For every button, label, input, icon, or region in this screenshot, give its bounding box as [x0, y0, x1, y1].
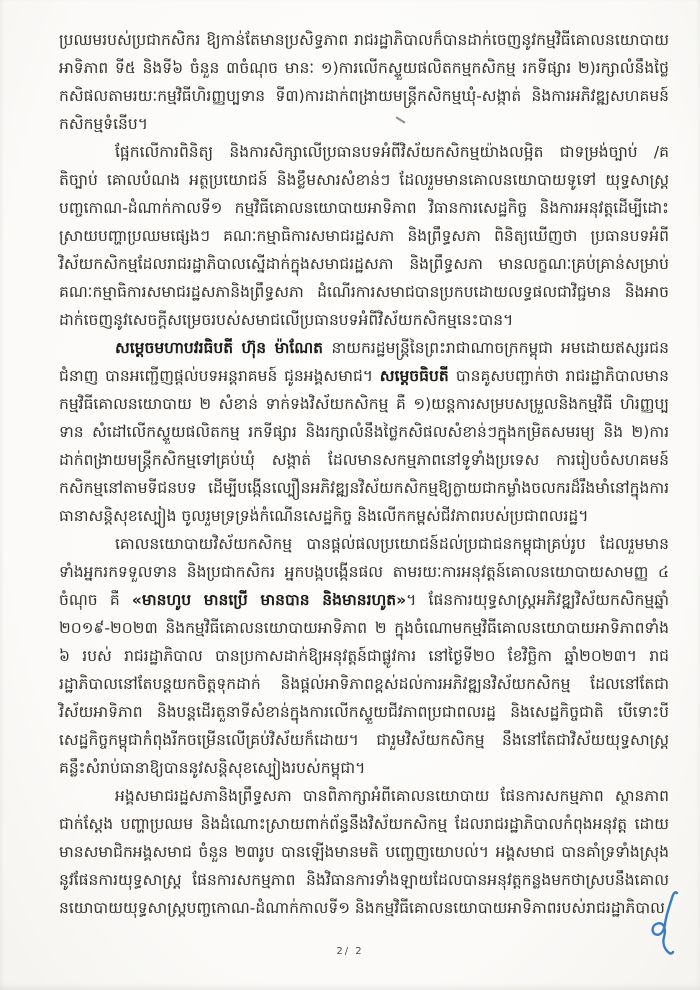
paragraph-3-text-b: បានគូសបញ្ជាក់ថា រាជរដ្ឋាភិបាលមានកម្មវិធី…: [59, 367, 669, 525]
paragraph-5: អង្គសមាជរដ្ឋសភានិងព្រឹទ្ធសភា បានពិភាក្សា…: [59, 782, 669, 922]
page-number: 2/ 2: [0, 946, 700, 957]
paragraph-1-text: ប្រឈមរបស់ប្រជាកសិករ ឱ្យកាន់តែមានប្រសិទ្ធ…: [59, 31, 669, 133]
paragraph-4-text-b: ។ ផែនការយុទ្ធសាស្ត្រអភិវឌ្ឍវិស័យកសិកម្មឆ…: [59, 591, 669, 777]
paragraph-2-text: ផ្អែកលើការពិនិត្យ និងការសិក្សាលើប្រធានបទ…: [59, 143, 669, 329]
paragraph-1: ប្រឈមរបស់ប្រជាកសិករ ឱ្យកាន់តែមានប្រសិទ្ធ…: [59, 26, 669, 138]
paragraph-3-bold-title: សម្តេចធិបតី: [380, 367, 456, 385]
paragraph-5-text: អង្គសមាជរដ្ឋសភានិងព្រឹទ្ធសភា បានពិភាក្សា…: [59, 787, 669, 917]
paragraph-4: គោលនយោបាយវិស័យកសិកម្ម បានផ្តល់ផលប្រយោជន៍…: [59, 530, 669, 782]
paragraph-3: សម្តេចមហាបវរធិបតី ហ៊ុន ម៉ាណែត នាយករដ្ឋមន…: [59, 334, 669, 530]
signature-stroke: [653, 892, 677, 953]
paragraph-3-bold-name: សម្តេចមហាបវរធិបតី ហ៊ុន ម៉ាណែត: [115, 339, 331, 357]
paragraph-4-quoted-slogan: «មានហូប មានប្រើ មានបាន និងមានរហូត»: [132, 591, 406, 609]
document-body: ប្រឈមរបស់ប្រជាកសិករ ឱ្យកាន់តែមានប្រសិទ្ធ…: [59, 26, 669, 922]
paragraph-2: ផ្អែកលើការពិនិត្យ និងការសិក្សាលើប្រធានបទ…: [59, 138, 669, 334]
document-page: ប្រឈមរបស់ប្រជាកសិករ ឱ្យកាន់តែមានប្រសិទ្ធ…: [0, 0, 700, 990]
